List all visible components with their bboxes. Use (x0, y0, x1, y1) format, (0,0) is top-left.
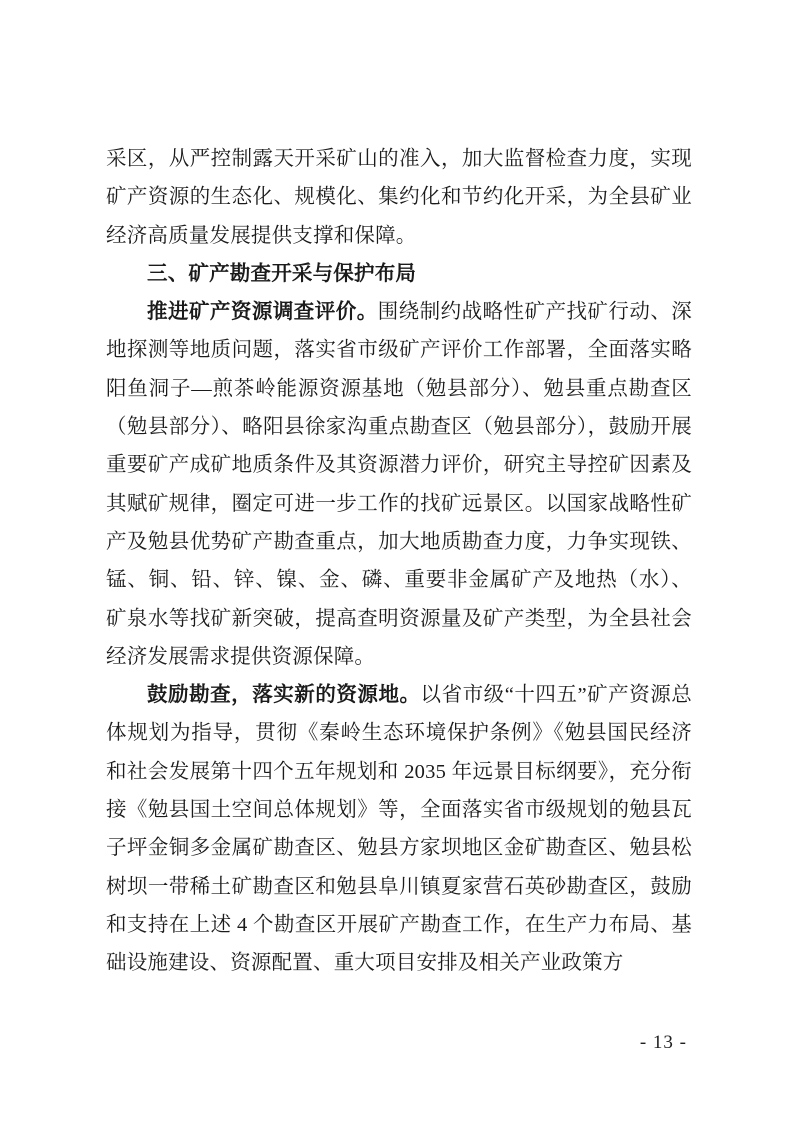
paragraph-survey-evaluation: 推进矿产资源调查评价。围绕制约战略性矿产找矿行动、深地探测等地质问题，落实省市级… (106, 293, 692, 676)
page-number: - 13 - (640, 1030, 687, 1056)
document-page: 采区，从严控制露天开采矿山的准入，加大监督检查力度，实现矿产资源的生态化、规模化… (0, 0, 793, 1122)
paragraph-text-survey-evaluation: 围绕制约战略性矿产找矿行动、深地探测等地质问题，落实省市级矿产评价工作部署，全面… (106, 301, 692, 668)
page-body-text: 采区，从严控制露天开采矿山的准入，加大监督检查力度，实现矿产资源的生态化、规模化… (106, 140, 692, 983)
paragraph-continuation: 采区，从严控制露天开采矿山的准入，加大监督检查力度，实现矿产资源的生态化、规模化… (106, 140, 692, 255)
section-heading: 三、矿产勘查开采与保护布局 (106, 255, 692, 293)
paragraph-encourage-exploration: 鼓励勘查，落实新的资源地。以省市级“十四五”矿产资源总体规划为指导，贯彻《秦岭生… (106, 676, 692, 982)
paragraph-text-encourage-exploration: 以省市级“十四五”矿产资源总体规划为指导，贯彻《秦岭生态环境保护条例》《勉县国民… (106, 684, 692, 974)
paragraph-lead-survey-evaluation: 推进矿产资源调查评价。 (147, 300, 378, 323)
paragraph-lead-encourage-exploration: 鼓励勘查，落实新的资源地。 (147, 683, 421, 706)
